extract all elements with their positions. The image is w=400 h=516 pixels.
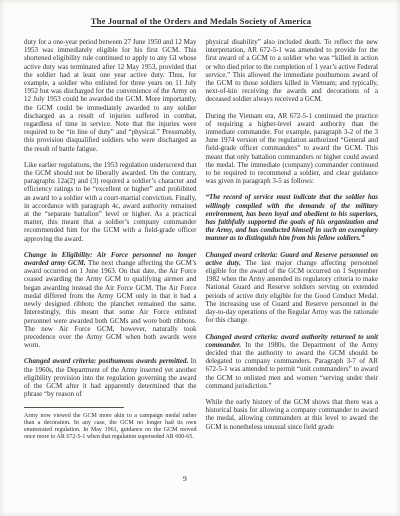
section-heading: Changed award criteria: posthumous award… — [24, 357, 191, 365]
paragraph: During the Vietnam era, AR 672-5-1 conti… — [206, 112, 379, 186]
paragraph: Like earlier regulations, the 1953 regul… — [24, 161, 197, 243]
paragraph: Changed award criteria: posthumous award… — [24, 357, 197, 398]
paragraph: While the early history of the GCM shows… — [206, 398, 379, 431]
footnote: Army now viewed the GCM more akin to a c… — [24, 413, 197, 441]
paragraph: Changed award criteria: award authority … — [206, 333, 379, 390]
page-number: 9 — [183, 474, 187, 483]
section-heading: Changed award criteria: award authority … — [206, 333, 379, 349]
left-column: duty for a one-year period between 27 Ju… — [24, 38, 197, 441]
left-column-paragraphs: duty for a one-year period between 27 Ju… — [24, 38, 197, 398]
scanned-journal-page: The Journal of the Orders and Medals Soc… — [0, 0, 400, 516]
journal-title: The Journal of the Orders and Medals Soc… — [91, 16, 311, 26]
journal-header: The Journal of the Orders and Medals Soc… — [24, 16, 378, 26]
paragraph: physical disability” also included death… — [206, 38, 379, 104]
right-column: physical disability” also included death… — [206, 38, 379, 441]
paragraph: Changed award criteria: Guard and Reserv… — [206, 251, 379, 325]
footnote-separator — [24, 407, 124, 408]
section-heading: Change in Eligibility: Air Force personn… — [24, 251, 197, 267]
right-column-paragraphs: physical disability” also included death… — [206, 38, 379, 431]
block-quote: “The record of service must indicate tha… — [206, 193, 379, 242]
section-heading: Changed award criteria: Guard and Reserv… — [206, 251, 379, 267]
paragraph: Change in Eligibility: Air Force personn… — [24, 251, 197, 349]
paragraph: duty for a one-year period between 27 Ju… — [24, 38, 197, 153]
text-columns: duty for a one-year period between 27 Ju… — [24, 38, 378, 441]
